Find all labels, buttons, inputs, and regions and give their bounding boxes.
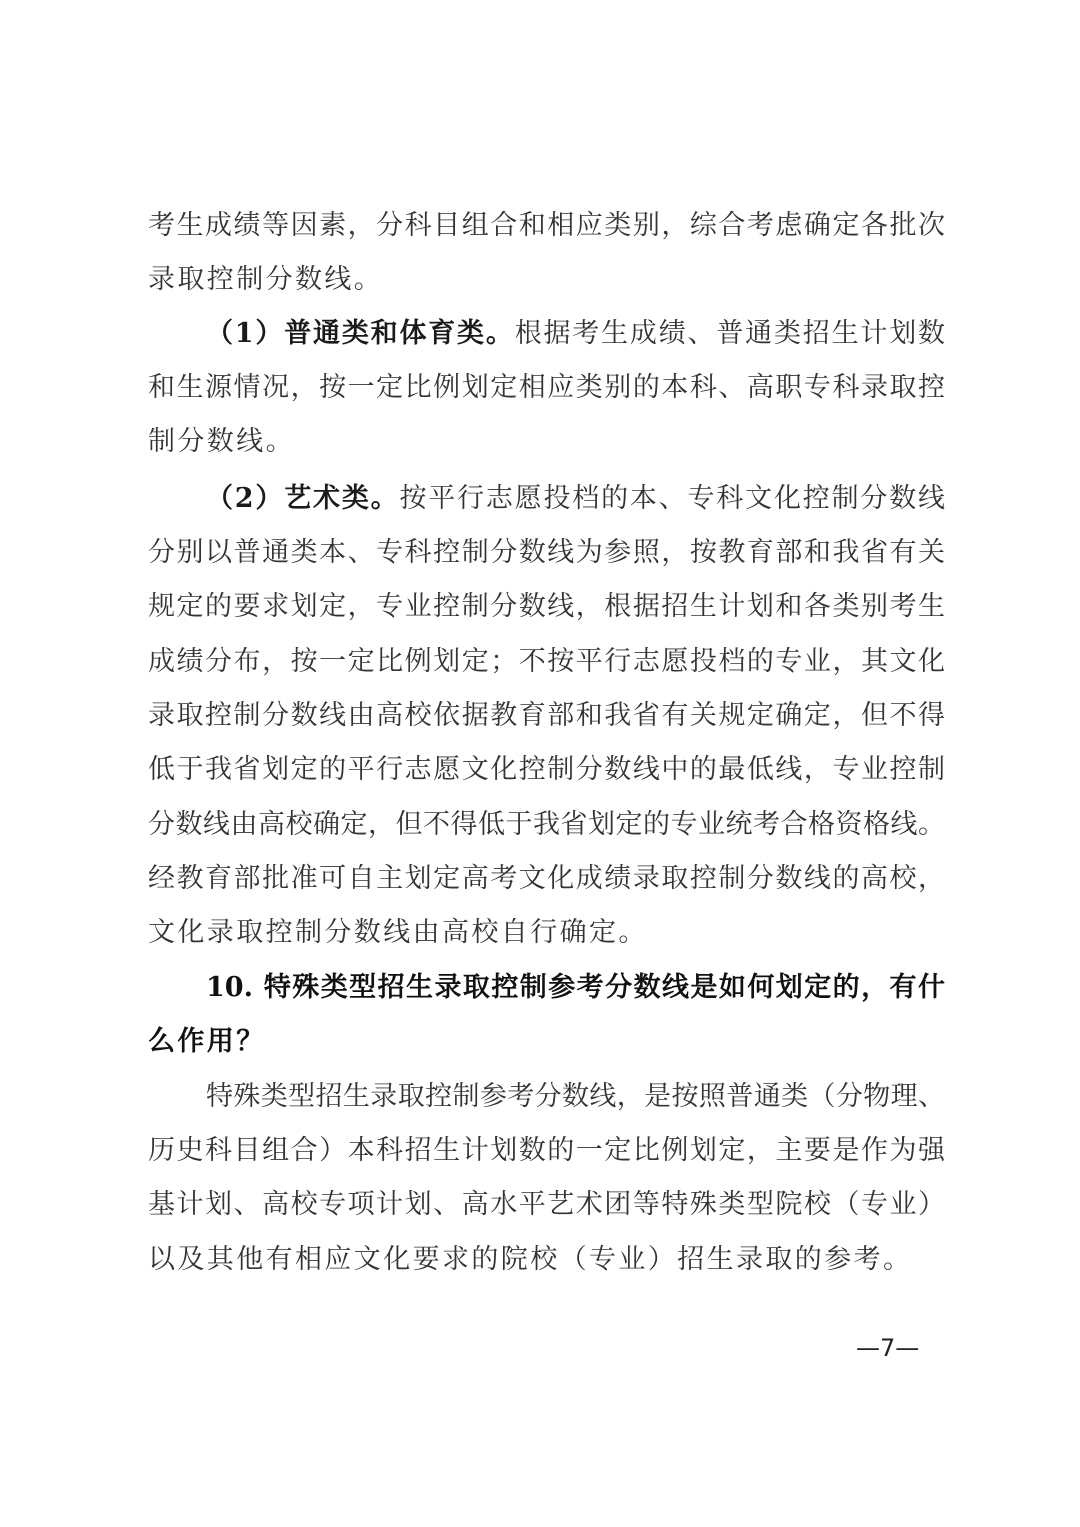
body-line: 考生成绩等因素，分科目组合和相应类别，综合考虑确定各批次 [148,206,945,246]
body-line: 分别以普通类本、专科控制分数线为参照，按教育部和我省有关 [148,533,945,573]
body-line: 录取控制分数线。 [148,260,945,300]
subsection-1-label: （1）普通类和体育类。 [206,318,515,349]
body-line: 和生源情况，按一定比例划定相应类别的本科、高职专科录取控 [148,368,945,408]
subsection-2-first-line: （2）艺术类。按平行志愿投档的本、专科文化控制分数线 [206,479,945,519]
answer-line: 历史科目组合）本科招生计划数的一定比例划定，主要是作为强 [148,1131,945,1171]
body-line: 文化录取控制分数线由高校自行确定。 [148,913,945,953]
body-text: 按平行志愿投档的本、专科文化控制分数线 [399,483,945,514]
body-line: 成绩分布，按一定比例划定；不按平行志愿投档的专业，其文化 [148,642,945,682]
body-text: 根据考生成绩、普通类招生计划数 [515,318,945,349]
body-line: 制分数线。 [148,422,945,462]
question-heading: 10. 特殊类型招生录取控制参考分数线是如何划定的，有什 [206,968,945,1008]
answer-line: 以及其他有相应文化要求的院校（专业）招生录取的参考。 [148,1240,945,1280]
body-line: 分数线由高校确定，但不得低于我省划定的专业统考合格资格线。 [148,805,945,845]
body-line: 低于我省划定的平行志愿文化控制分数线中的最低线，专业控制 [148,750,945,790]
body-line: 录取控制分数线由高校依据教育部和我省有关规定确定，但不得 [148,696,945,736]
document-page: 考生成绩等因素，分科目组合和相应类别，综合考虑确定各批次 录取控制分数线。 （1… [0,0,1080,1527]
subsection-1-first-line: （1）普通类和体育类。根据考生成绩、普通类招生计划数 [206,314,945,354]
subsection-2-label: （2）艺术类。 [206,483,399,514]
body-line: 规定的要求划定，专业控制分数线，根据招生计划和各类别考生 [148,587,945,627]
body-line: 经教育部批准可自主划定高考文化成绩录取控制分数线的高校， [148,859,945,899]
question-heading-cont: 么作用？ [148,1022,945,1062]
answer-line: 特殊类型招生录取控制参考分数线，是按照普通类（分物理、 [206,1077,945,1117]
page-number: —7— [856,1330,919,1366]
answer-line: 基计划、高校专项计划、高水平艺术团等特殊类型院校（专业） [148,1185,945,1225]
